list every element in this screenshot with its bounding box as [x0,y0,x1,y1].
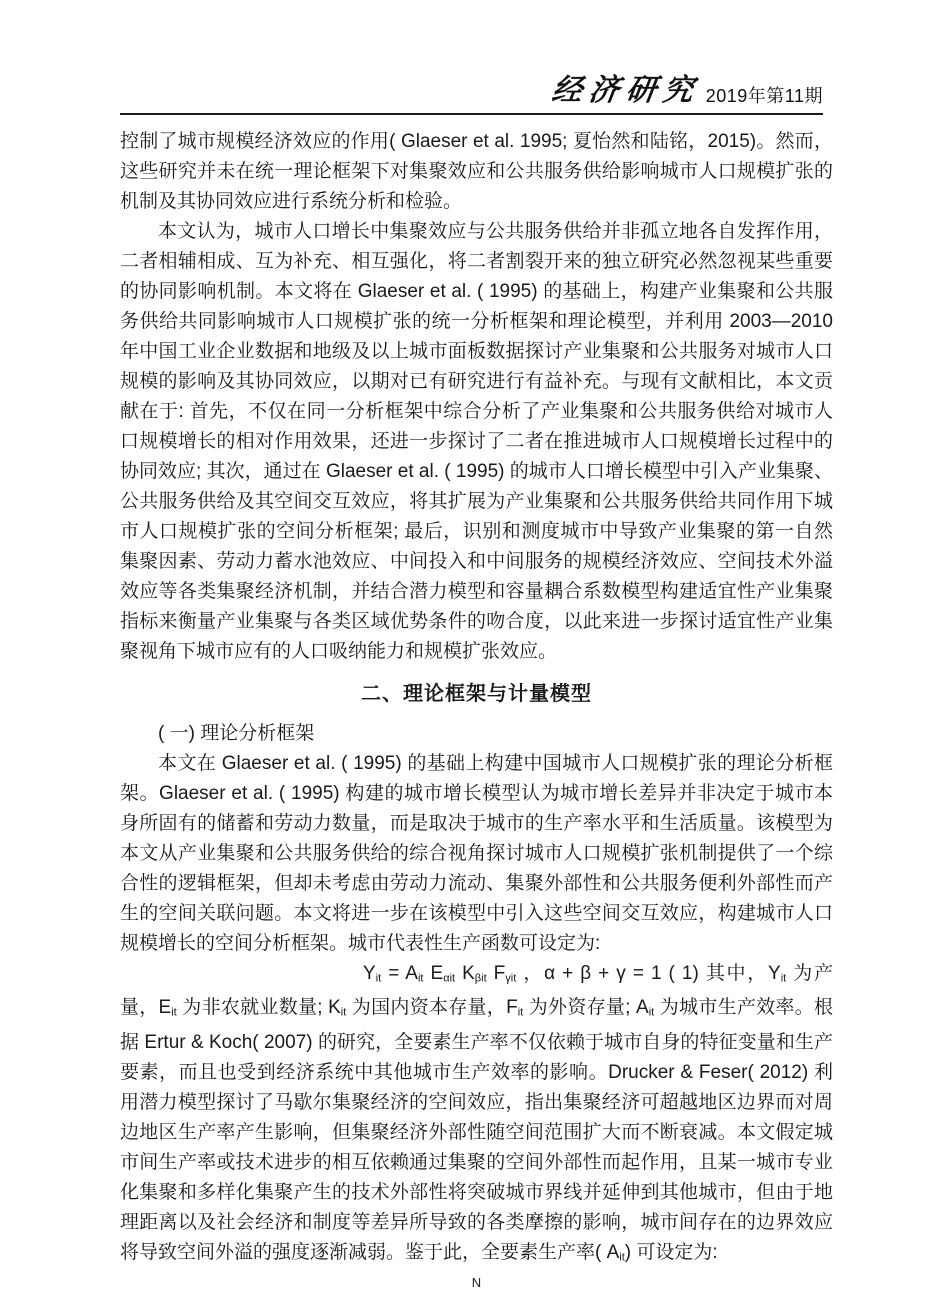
text-run: E [424,963,444,984]
issue-label: 2019年第11期 [706,84,823,108]
formula-paragraph: Yit = Ait Eαit Kβit Fγit ，α + β + γ = 1 … [120,959,833,1272]
text-run: 本文在 Glaeser et al. ( 1995) 的基础上构建中国城市人口规… [120,753,833,954]
text-run: 为国内资本存量，F [346,997,517,1018]
subscript: γit [505,972,516,984]
text-run: 为非农就业数量; K [177,997,341,1018]
text-run: ) 可设定为: [625,1242,718,1263]
page-header: 经济研究 2019年第11期 [552,74,823,108]
text-run: Y [363,963,376,984]
subscript: βit [475,972,487,984]
article-body: 控制了城市规模经济效应的作用( Glaeser et al. 1995; 夏怡然… [120,127,833,1290]
journal-logo: 经济研究 [549,74,702,108]
paragraph: 控制了城市规模经济效应的作用( Glaeser et al. 1995; 夏怡然… [120,127,833,217]
text-run: ，α + β + γ = 1 ( 1) 其中，Y [516,963,780,984]
text-run: 为外资存量; A [523,997,648,1018]
text-run: = A [381,963,418,984]
paragraph: ( 一) 理论分析框架 [120,719,833,749]
formula-fragment: N [120,1275,833,1290]
text-run: N [472,1275,481,1290]
paragraph: 本文在 Glaeser et al. ( 1995) 的基础上构建中国城市人口规… [120,749,833,959]
paper-page: 经济研究 2019年第11期 控制了城市规模经济效应的作用( Glaeser e… [0,0,950,1290]
text-run: 本文认为，城市人口增长中集聚效应与公共服务供给并非孤立地各自发挥作用，二者相辅相… [120,221,833,662]
text-run: K [455,963,475,984]
text-run: 为城市生产效率。根据 Ertur & Koch( 2007) 的研究，全要素生产… [120,997,833,1262]
paragraph: 本文认为，城市人口增长中集聚效应与公共服务供给并非孤立地各自发挥作用，二者相辅相… [120,217,833,667]
section-heading: 二、理论框架与计量模型 [120,679,833,709]
subscript: αit [443,972,455,984]
text-run: 控制了城市规模经济效应的作用( Glaeser et al. 1995; 夏怡然… [120,131,833,212]
text-run: ( 一) 理论分析框架 [158,723,314,744]
text-run: 二、理论框架与计量模型 [361,683,592,705]
header-rule [120,113,823,115]
text-run: F [487,963,506,984]
